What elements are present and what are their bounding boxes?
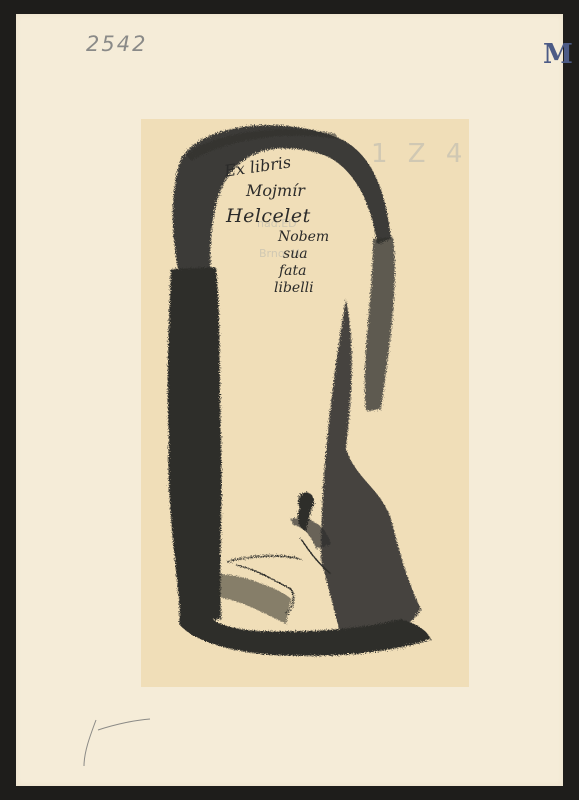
pencil-check-mark-icon xyxy=(76,714,156,774)
mounting-card: 2542 M 1 Z 4 nad.ED Brno, H xyxy=(16,14,563,786)
inventory-number: 2542 xyxy=(86,32,147,56)
inscription-surname: Helcelet xyxy=(226,205,311,227)
inscription-motto-1: Nobem xyxy=(278,229,329,245)
inscription-motto-2: sua xyxy=(283,246,308,262)
inscription-motto-3: fata xyxy=(279,263,307,279)
inscription-motto-4: libelli xyxy=(274,280,314,296)
inscription-first-name: Mojmír xyxy=(246,181,305,200)
collection-stamp: M xyxy=(543,41,573,68)
ex-libris-print: 1 Z 4 nad.ED Brno, H xyxy=(141,119,469,687)
